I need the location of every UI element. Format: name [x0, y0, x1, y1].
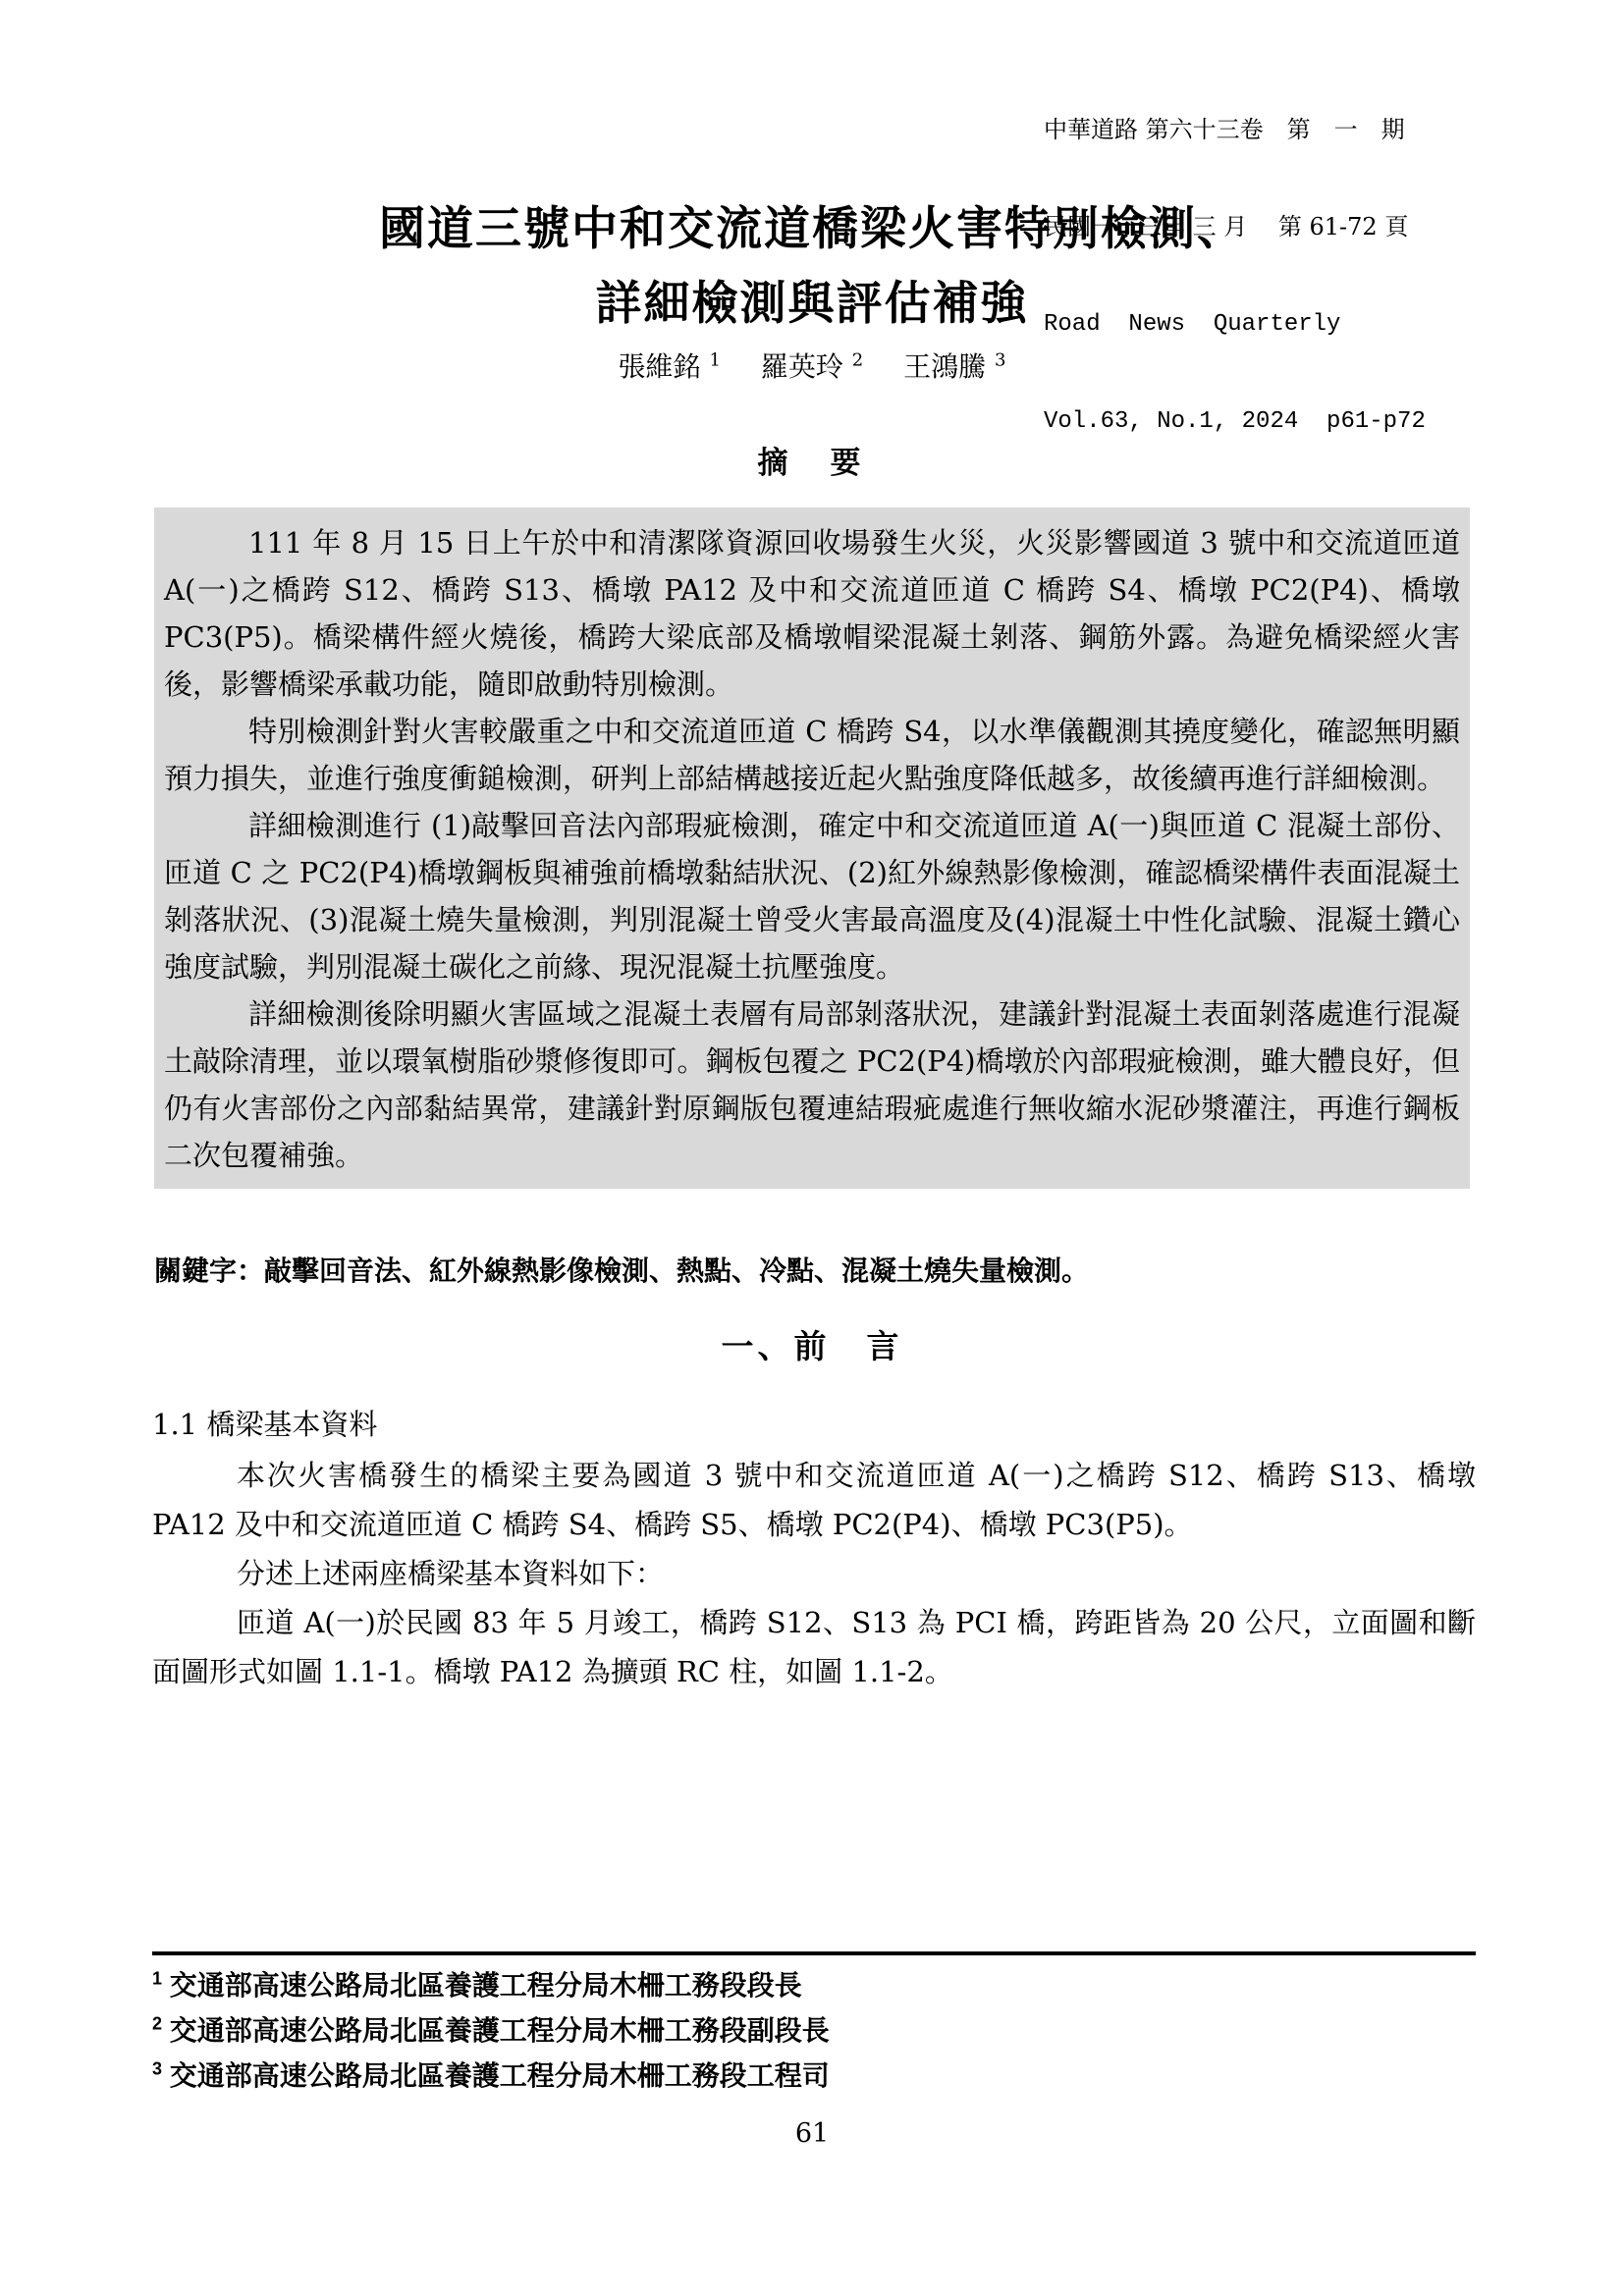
author-1-footnote-mark: 1	[709, 350, 720, 371]
abstract-heading: 摘 要	[0, 438, 1624, 482]
footnote-3: 3 交通部高速公路局北區養護工程分局木柵工務段工程司	[152, 2054, 1476, 2099]
section-1-heading: 一、前 言	[0, 1321, 1624, 1367]
author-3-footnote-mark: 3	[995, 350, 1005, 371]
abstract-paragraph-2: 特別檢測針對火害較嚴重之中和交流道匝道 C 橋跨 S4，以水準儀觀測其撓度變化，…	[164, 708, 1460, 802]
author-3: 王鴻騰 3	[903, 350, 1005, 383]
document-page: 中華道路 第六十三卷 第 一 期 民國一一三年 三 月 第 61-72 頁 Ro…	[0, 0, 1624, 2296]
section-1-body: 1.1 橋梁基本資料 本次火害橋發生的橋梁主要為國道 3 號中和交流道匝道 A(…	[152, 1398, 1476, 1696]
footnote-1: 1 交通部高速公路局北區養護工程分局木柵工務段段長	[152, 1963, 1476, 2008]
keywords-line: 關鍵字：敲擊回音法、紅外線熱影像檢測、熱點、冷點、混凝土燒失量檢測。	[154, 1251, 1475, 1292]
abstract-paragraph-3: 詳細檢測進行 (1)敲擊回音法內部瑕疵檢測，確定中和交流道匝道 A(一)與匝道 …	[164, 802, 1460, 990]
author-1: 張維銘 1	[619, 350, 721, 383]
author-list: 張維銘 1 羅英玲 2 王鴻騰 3	[0, 346, 1624, 385]
paper-title-line2: 詳細檢測與評估補強	[0, 267, 1624, 342]
journal-volume-line: 中華道路 第六十三卷 第 一 期	[1044, 114, 1426, 146]
footnote-2-mark: 2	[152, 2014, 162, 2034]
author-1-name: 張維銘	[619, 350, 701, 383]
paper-title: 國道三號中和交流道橋梁火害特別檢測、 詳細檢測與評估補強	[0, 192, 1624, 342]
author-3-name: 王鴻騰	[903, 350, 986, 383]
body-paragraph-2: 分述上述兩座橋梁基本資料如下：	[152, 1549, 1476, 1598]
author-2-name: 羅英玲	[761, 350, 843, 383]
subsection-1-1-heading: 1.1 橋梁基本資料	[152, 1398, 1476, 1451]
body-paragraph-3: 匝道 A(一)於民國 83 年 5 月竣工，橋跨 S12、S13 為 PCI 橋…	[152, 1598, 1476, 1696]
author-2: 羅英玲 2	[761, 350, 863, 383]
abstract-paragraph-4: 詳細檢測後除明顯火害區域之混凝土表層有局部剝落狀況，建議針對混凝土表面剝落處進行…	[164, 990, 1460, 1179]
paper-title-line1: 國道三號中和交流道橋梁火害特別檢測、	[0, 192, 1624, 267]
abstract-paragraph-1: 111 年 8 月 15 日上午於中和清潔隊資源回收場發生火災，火災影響國道 3…	[164, 519, 1460, 708]
footnote-2: 2 交通部高速公路局北區養護工程分局木柵工務段副段長	[152, 2008, 1476, 2054]
body-paragraph-1: 本次火害橋發生的橋梁主要為國道 3 號中和交流道匝道 A(一)之橋跨 S12、橋…	[152, 1451, 1476, 1549]
footnote-2-text: 交通部高速公路局北區養護工程分局木柵工務段副段長	[170, 2015, 830, 2046]
footnote-3-mark: 3	[152, 2059, 162, 2079]
journal-issue-line: Vol.63, No.1, 2024 p61-p72	[1044, 405, 1426, 438]
footnote-3-text: 交通部高速公路局北區養護工程分局木柵工務段工程司	[170, 2060, 830, 2091]
footnote-1-mark: 1	[152, 1969, 162, 1989]
author-2-footnote-mark: 2	[852, 350, 863, 371]
footnote-1-text: 交通部高速公路局北區養護工程分局木柵工務段段長	[170, 1970, 802, 2001]
page-number: 61	[0, 2118, 1624, 2149]
abstract-box: 111 年 8 月 15 日上午於中和清潔隊資源回收場發生火災，火災影響國道 3…	[154, 507, 1470, 1189]
footnote-block: 1 交通部高速公路局北區養護工程分局木柵工務段段長 2 交通部高速公路局北區養護…	[152, 1951, 1476, 2099]
